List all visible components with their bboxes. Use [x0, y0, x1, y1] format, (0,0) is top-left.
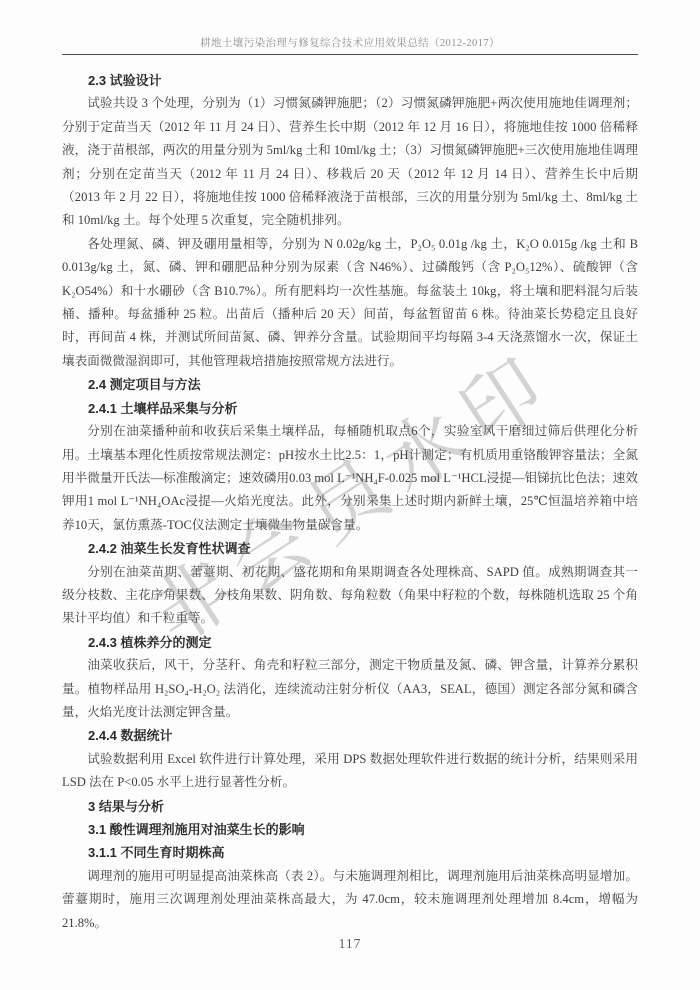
- page-footer: 117: [0, 936, 700, 952]
- heading-2-4-3-plant-nutrients: 2.4.3 植株养分的测定: [62, 631, 638, 654]
- heading-2-3-experiment-design: 2.3 试验设计: [62, 69, 638, 92]
- heading-2-4-measurement-methods: 2.4 测定项目与方法: [62, 373, 638, 396]
- para-growth-survey: 分别在油菜苗期、蕾薹期、初花期、盛花期和角果期调查各处理株高、SAPD 值。成熟…: [62, 561, 638, 631]
- page-header: 耕地土壤污染治理与修复综合技术应用效果总结（2012-2017）: [62, 0, 638, 55]
- para-soil-sampling-analysis: 分别在油菜播种前和收获后采集土壤样品，每桶随机取点6个，实验室风干磨细过筛后供理…: [62, 420, 638, 537]
- heading-2-4-2-growth-survey: 2.4.2 油菜生长发育性状调查: [62, 537, 638, 560]
- running-head-title: 耕地土壤污染治理与修复综合技术应用效果总结（2012-2017）: [200, 38, 500, 49]
- heading-2-4-4-data-statistics: 2.4.4 数据统计: [62, 724, 638, 747]
- heading-3-1-1-plant-height: 3.1.1 不同生育时期株高: [62, 841, 638, 864]
- para-fertilizer-rates: 各处理氮、磷、钾及硼用量相等，分别为 N 0.02g/kg 土，P₂O₅ 0.0…: [62, 233, 638, 373]
- document-body: 2.3 试验设计 试验共设 3 个处理，分别为（1）习惯氮磷钾施肥；（2）习惯氮…: [62, 69, 638, 935]
- para-data-statistics: 试验数据利用 Excel 软件进行计算处理，采用 DPS 数据处理软件进行数据的…: [62, 748, 638, 795]
- heading-2-4-1-soil-sampling: 2.4.1 土壤样品采集与分析: [62, 397, 638, 420]
- para-experiment-treatments: 试验共设 3 个处理，分别为（1）习惯氮磷钾施肥；（2）习惯氮磷钾施肥+两次使用…: [62, 92, 638, 232]
- para-plant-height-results: 调理剂的施用可明显提高油菜株高（表 2）。与未施调理剂相比，调理剂施用后油菜株高…: [62, 865, 638, 935]
- heading-3-1-conditioner-effect: 3.1 酸性调理剂施用对油菜生长的影响: [62, 818, 638, 841]
- page-number: 117: [339, 936, 362, 951]
- para-plant-nutrient-measurement: 油菜收获后，风干，分茎秆、角壳和籽粒三部分，测定干物质量及氮、磷、钾含量，计算养…: [62, 654, 638, 724]
- heading-3-results: 3 结果与分析: [62, 795, 638, 818]
